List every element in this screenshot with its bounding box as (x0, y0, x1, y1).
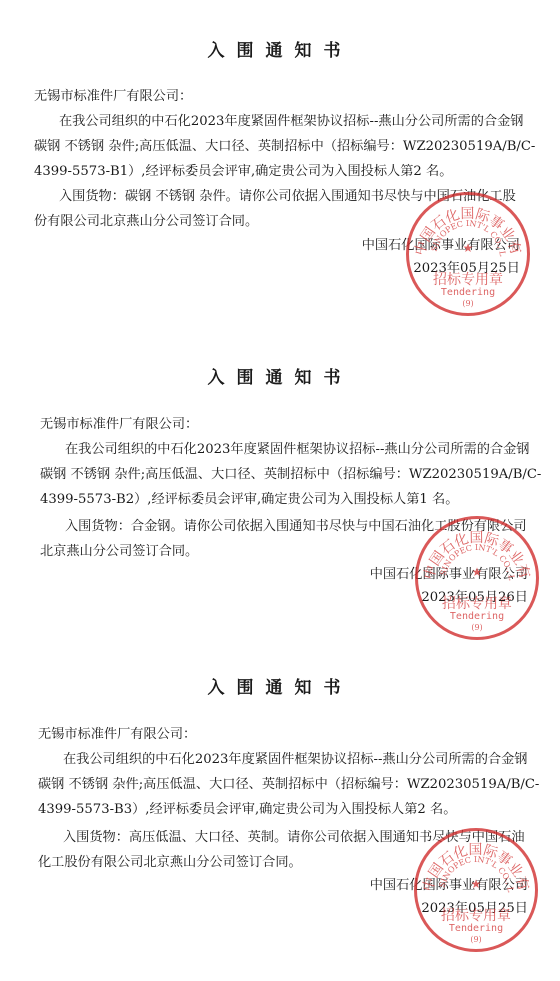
seal-center-text: 招标专用章 (417, 905, 535, 925)
paragraph-1-line-2: 碳钢 不锈钢 杂件;高压低温、大口径、英制招标中（招标编号：WZ20230519… (38, 776, 539, 794)
official-seal-stamp: 中国石化国际事业有限公司 SINOPEC INT'L CO., LTD. ★ 招… (414, 828, 538, 952)
paragraph-2-line-2: 化工股份有限公司北京燕山分公司签订合同。 (38, 854, 302, 872)
paragraph-1-line-3: 4399-5573-B3）,经评标委员会评审,确定贵公司为入围投标人第2 名。 (38, 801, 456, 819)
notice-title: 入围通知书 (0, 673, 560, 698)
notice-3: 入围通知书 无锡市标准件厂有限公司： 在我公司组织的中石化2023年度紧固件框架… (0, 0, 560, 981)
paragraph-1-line-1: 在我公司组织的中石化2023年度紧固件框架协议招标--燕山分公司所需的合金钢 (63, 751, 527, 769)
svg-text:★: ★ (471, 877, 482, 891)
seal-english-label: Tendering (417, 923, 535, 934)
seal-number: (9) (417, 935, 535, 944)
recipient: 无锡市标准件厂有限公司： (38, 726, 196, 744)
